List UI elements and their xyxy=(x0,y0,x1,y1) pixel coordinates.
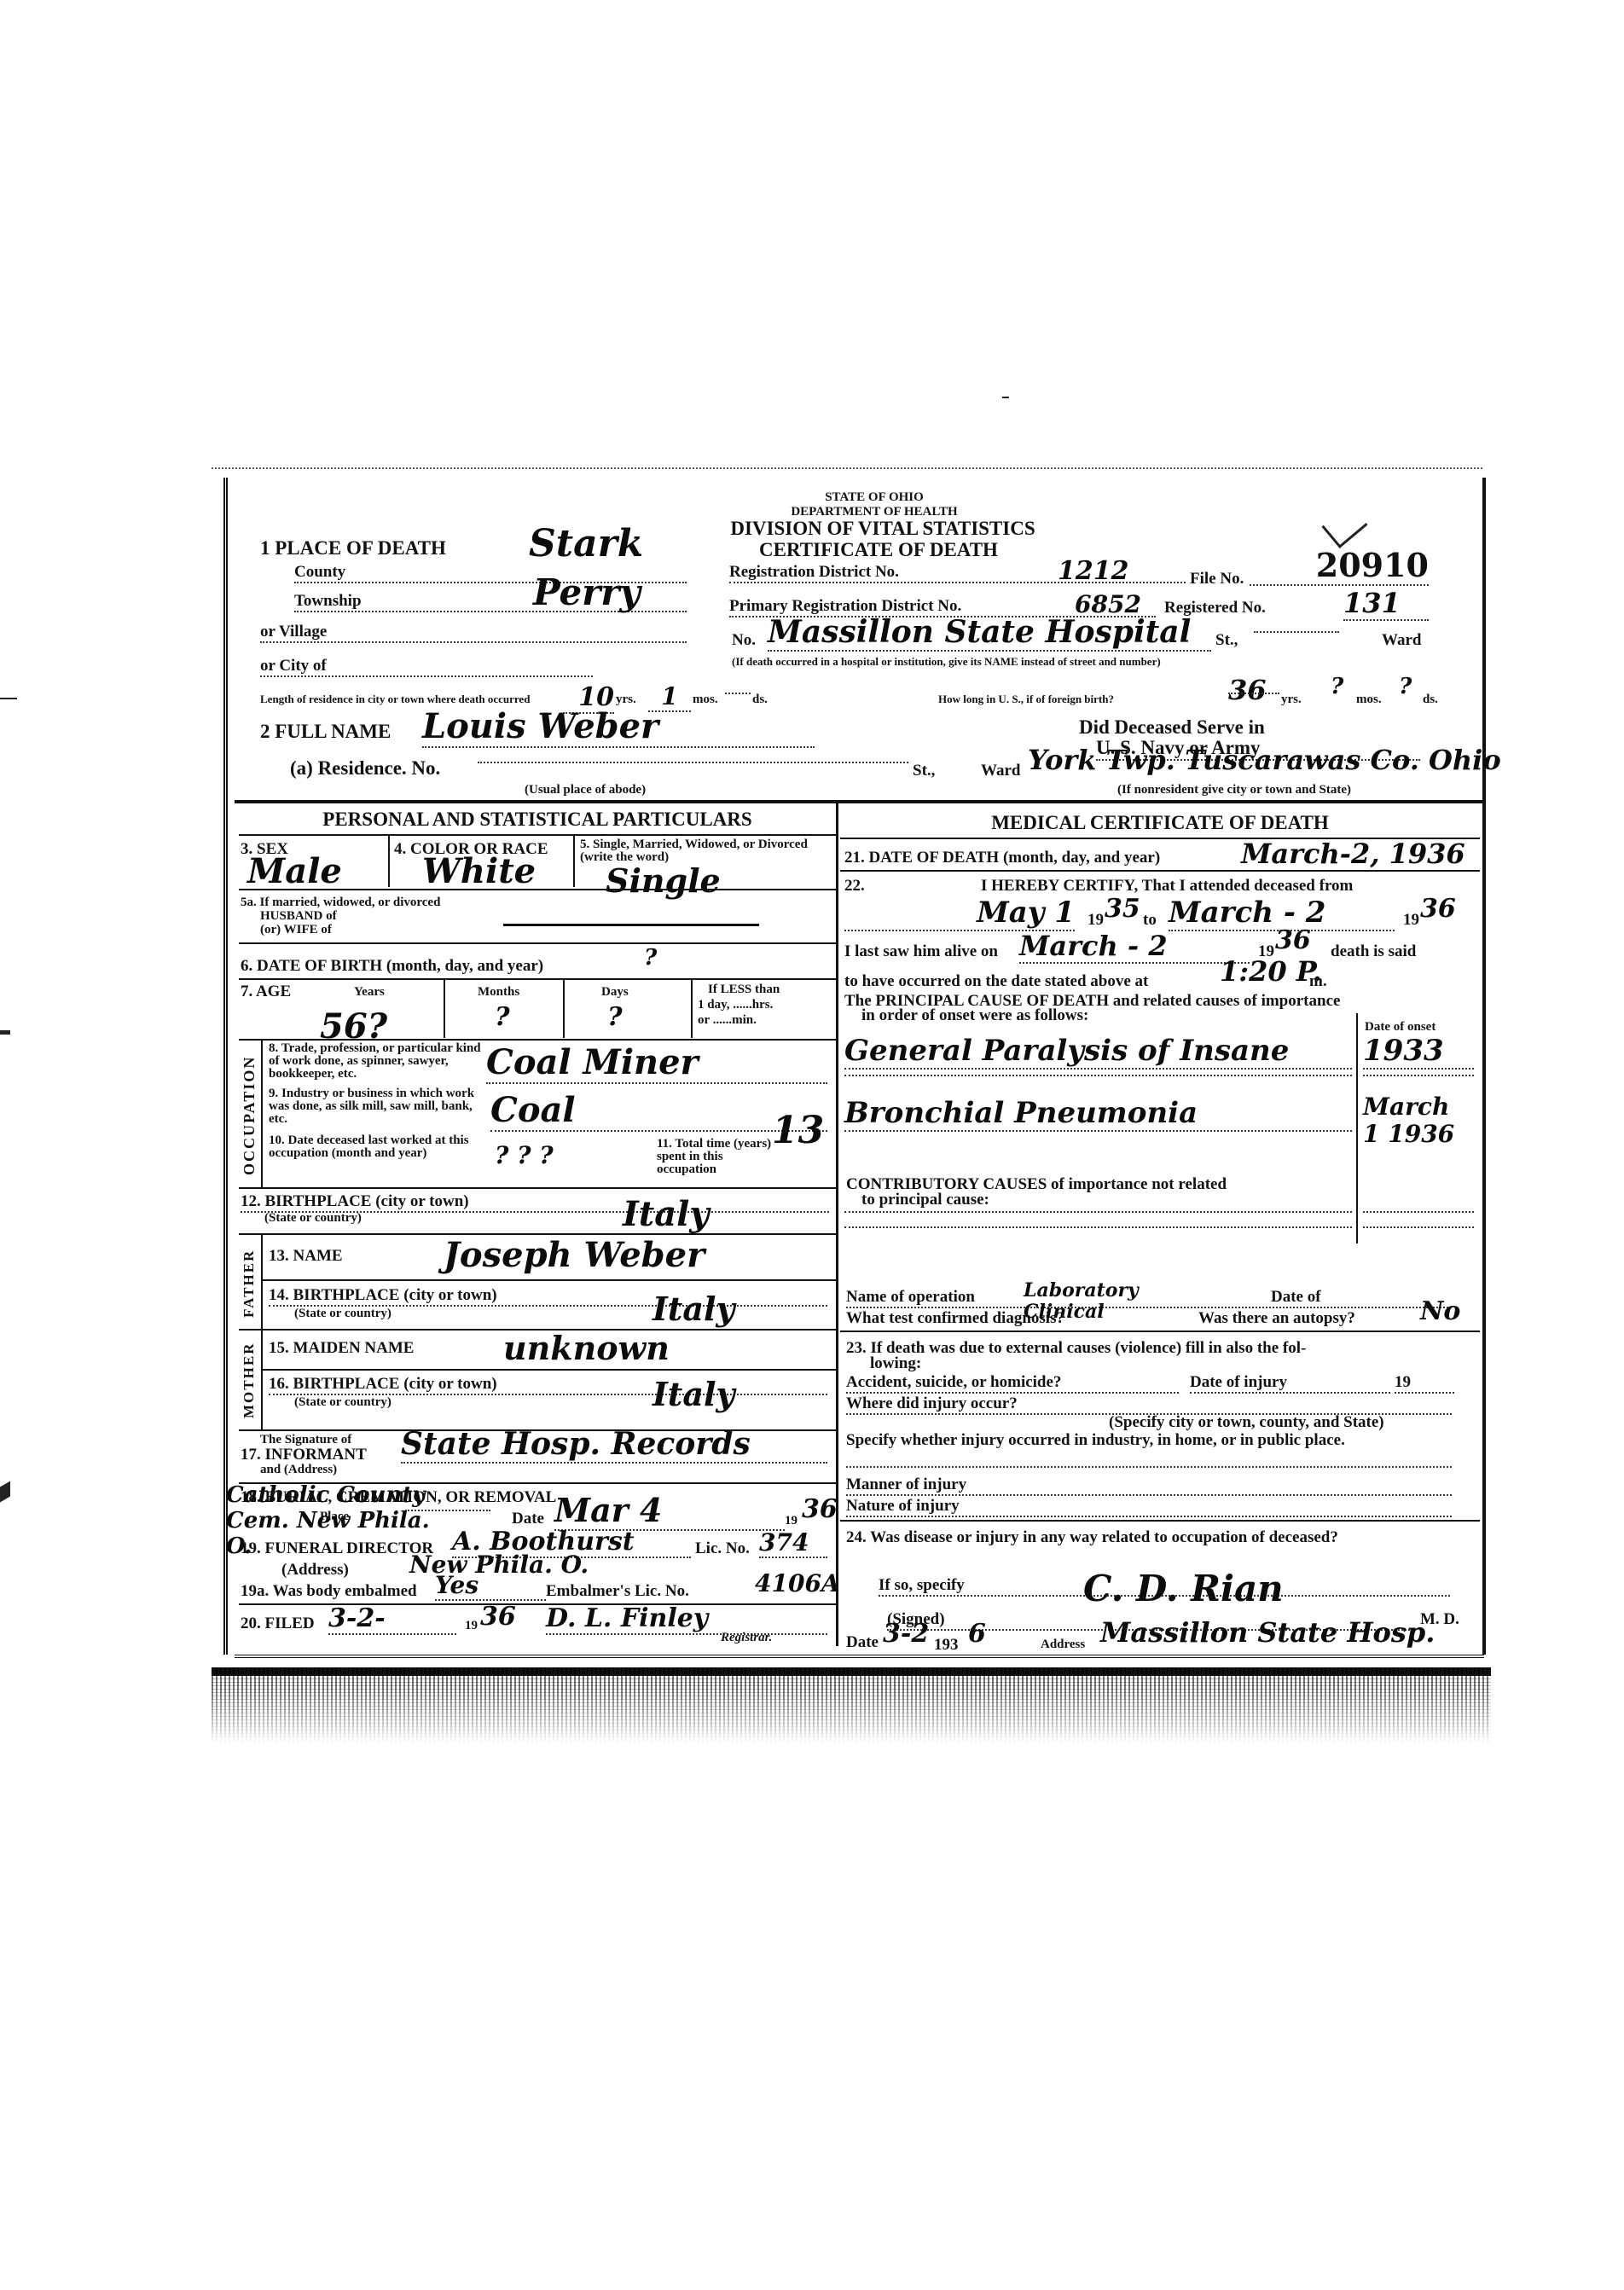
father-name-value: Joseph Weber xyxy=(444,1235,705,1275)
birthplace-sub-label: (State or country) xyxy=(264,1211,362,1226)
ds-label: ds. xyxy=(752,693,768,707)
injury-year-prefix: 19 xyxy=(1395,1373,1454,1394)
cause-2-onset: March 1 1936 xyxy=(1363,1093,1474,1148)
informant-value: State Hosp. Records xyxy=(401,1426,827,1464)
embalmer-lic-value: 4106A xyxy=(755,1569,840,1597)
us-yrs-line xyxy=(1228,693,1279,694)
physician-address-label: Address xyxy=(1041,1638,1085,1652)
dod-label: 21. DATE OF DEATH (month, day, and year) xyxy=(844,849,1160,867)
embalmed-label: 19a. Was body embalmed xyxy=(241,1582,417,1601)
cell-divider xyxy=(573,836,575,887)
scan-noise xyxy=(212,1667,1491,1744)
institution-prefix: No. xyxy=(732,631,756,650)
last-worked-value: ? ? ? xyxy=(495,1141,554,1169)
medical-section-title: MEDICAL CERTIFICATE OF DEATH xyxy=(840,812,1480,834)
funeral-lic-value: 374 xyxy=(759,1528,827,1558)
father-birthplace-sub-label: (State or country) xyxy=(294,1307,391,1321)
divider xyxy=(235,800,1482,803)
us-length-label: How long in U. S., if of foreign birth? xyxy=(938,693,1114,706)
test-value: Clinical xyxy=(1024,1301,1105,1323)
divider xyxy=(840,1331,1480,1332)
institution-note: (If death occurred in a hospital or inst… xyxy=(732,655,1161,669)
autopsy-value: No xyxy=(1420,1296,1460,1326)
filed-year-prefix: 19 xyxy=(465,1619,478,1633)
burial-place-line xyxy=(405,1510,490,1511)
onset-label: Date of onset xyxy=(1365,1020,1435,1035)
residence-ward-label: Ward xyxy=(981,762,1020,780)
to-label: to xyxy=(1143,911,1157,930)
signed-date-year-value: 6 xyxy=(968,1619,986,1649)
cell-divider xyxy=(444,980,445,1038)
spouse-dash xyxy=(503,924,759,926)
registrar-signature: D. L. Finley xyxy=(546,1603,827,1635)
bottom-border xyxy=(235,1655,1484,1658)
manner-label: Manner of injury xyxy=(846,1475,1452,1496)
operation-label: Name of operation xyxy=(846,1288,1452,1308)
village-label: or Village xyxy=(260,623,687,643)
divider xyxy=(239,942,836,944)
contributory-label-2: to principal cause: xyxy=(861,1191,989,1209)
signed-date-year-prefix: 193 xyxy=(934,1636,959,1655)
less-label-1: If LESS than xyxy=(708,983,780,997)
maiden-name-value: unknown xyxy=(503,1329,670,1367)
filed-year-value: 36 xyxy=(480,1602,516,1632)
mos-label: mos. xyxy=(693,693,718,707)
autopsy-label: Was there an autopsy? xyxy=(1198,1309,1355,1328)
residence-value: York Twp. Tuscarawas Co. Ohio xyxy=(1028,744,1501,776)
attended-from-value: May 1 xyxy=(844,896,1075,931)
divider xyxy=(263,1279,836,1281)
marital-label: 5. Single, Married, Widowed, or Divorced… xyxy=(580,838,836,864)
days-value: ? xyxy=(607,1002,623,1032)
divider xyxy=(239,978,836,980)
onset-column-divider xyxy=(1356,1013,1358,1244)
last-worked-label: 10. Date deceased last worked at this oc… xyxy=(269,1134,486,1160)
dod-value: March-2, 1936 xyxy=(1241,838,1465,870)
maiden-name-label: 15. MAIDEN NAME xyxy=(269,1339,414,1358)
embalmer-lic-label: Embalmer's Lic. No. xyxy=(546,1582,689,1601)
time-suffix: m. xyxy=(1309,972,1327,991)
page-mark xyxy=(0,698,17,699)
years-label: Years xyxy=(354,985,385,1000)
contributory-onset-line-1 xyxy=(1363,1211,1474,1213)
age-label: 7. AGE xyxy=(241,983,291,1001)
yrs-label: yrs. xyxy=(616,693,636,707)
cause-1-value: General Paralysis of Insane xyxy=(844,1034,1352,1070)
specify-label: Specify whether injury occurred in indus… xyxy=(846,1431,1345,1450)
sex-value: Male xyxy=(247,851,342,891)
father-birthplace-value: Italy xyxy=(652,1290,734,1328)
cause-1-onset: 1933 xyxy=(1363,1034,1474,1070)
page-mark xyxy=(0,1030,10,1035)
funeral-address-label: (Address) xyxy=(281,1561,349,1580)
industry-label: 9. Industry or business in which work wa… xyxy=(269,1087,486,1126)
occupation-related-label: 24. Was disease or injury in any way rel… xyxy=(846,1528,1338,1547)
informant-label-2: 17. INFORMANT xyxy=(241,1446,367,1464)
spouse-label-3: (or) WIFE of xyxy=(260,923,332,937)
us-yrs-label: yrs. xyxy=(1281,693,1302,707)
last-saw-year-value: 36 xyxy=(1275,925,1311,955)
county-value: Stark xyxy=(529,522,643,565)
burial-date-label: Date xyxy=(512,1510,544,1528)
dob-value: ? xyxy=(644,945,657,971)
signed-date-label: Date xyxy=(846,1633,879,1652)
injury-date-label: Date of injury xyxy=(1190,1373,1390,1394)
months-label: Months xyxy=(478,985,519,1000)
place-of-death-label: 1 PLACE OF DEATH xyxy=(260,537,446,559)
less-label-3: or ......min. xyxy=(698,1013,757,1028)
divider xyxy=(263,1369,836,1371)
where-label: Where did injury occur? xyxy=(846,1394,1452,1415)
cause-2-value: Bronchial Pneumonia xyxy=(844,1096,1352,1132)
last-saw-label: I last saw him alive on xyxy=(844,942,998,961)
trade-value: Coal Miner xyxy=(486,1042,827,1084)
funeral-lic-label: Lic. No. xyxy=(695,1539,750,1558)
father-name-label: 13. NAME xyxy=(269,1247,343,1266)
cell-divider xyxy=(388,836,390,887)
personal-section-title: PERSONAL AND STATISTICAL PARTICULARS xyxy=(239,809,836,831)
occurred-label: to have occurred on the date stated abov… xyxy=(844,972,1148,991)
nonresident-note: (If nonresident give city or town and St… xyxy=(1117,783,1351,797)
page-mark xyxy=(0,1481,10,1503)
registrar-label: Registrar. xyxy=(721,1631,772,1645)
cell-divider xyxy=(261,1235,263,1431)
contributory-line-2 xyxy=(844,1226,1352,1228)
us-yrs: 36 xyxy=(1228,674,1267,706)
funeral-director-label: 19. FUNERAL DIRECTOR xyxy=(241,1539,433,1558)
mother-birthplace-label: 16. BIRTHPLACE (city or town) xyxy=(269,1375,827,1395)
total-time-value: 13 xyxy=(772,1109,824,1152)
spouse-label-2: HUSBAND of xyxy=(260,909,337,924)
race-value: White xyxy=(422,851,536,891)
physician-address-value: Massillon State Hosp. xyxy=(1100,1616,1435,1649)
divider xyxy=(840,870,1480,872)
trade-label: 8. Trade, profession, or particular kind… xyxy=(269,1042,486,1081)
full-name-value: Louis Weber xyxy=(422,706,815,748)
us-ds: ? xyxy=(1399,674,1412,699)
divider xyxy=(239,1187,836,1189)
filed-label: 20. FILED xyxy=(241,1615,315,1633)
where-note: (Specify city or town, county, and State… xyxy=(1109,1413,1384,1432)
filed-date-value: 3-2- xyxy=(328,1603,456,1635)
mother-birthplace-sub-label: (State or country) xyxy=(294,1395,391,1410)
page-mark xyxy=(1002,397,1009,398)
burial-date-value: Mar 4 xyxy=(554,1491,785,1531)
residence-number-line xyxy=(478,762,908,763)
father-side-label: FATHER xyxy=(241,1237,258,1331)
operation-date-label: Date of xyxy=(1271,1288,1321,1307)
institution-value: Massillon State Hospital xyxy=(768,614,1211,652)
city-label: or City of xyxy=(260,657,593,677)
accident-label: Accident, suicide, or homicide? xyxy=(846,1373,1179,1394)
registered-no-value: 131 xyxy=(1343,587,1429,621)
abode-note: (Usual place of abode) xyxy=(525,783,646,797)
embalmed-value: Yes xyxy=(435,1571,546,1601)
contributory-line-1 xyxy=(844,1211,1352,1213)
divider xyxy=(239,889,836,890)
township-value: Perry xyxy=(533,571,641,613)
certify-text: I HEREBY CERTIFY, That I attended deceas… xyxy=(981,877,1353,896)
marital-value: Single xyxy=(606,861,721,900)
birthplace-value: Italy xyxy=(623,1194,710,1234)
ward-label: Ward xyxy=(1382,631,1421,650)
divider xyxy=(239,834,836,836)
cell-divider xyxy=(261,1041,263,1187)
top-border xyxy=(212,467,1482,469)
to-year-prefix: 19 xyxy=(1403,911,1419,930)
informant-label-3: and (Address) xyxy=(260,1463,337,1477)
operation-value: Laboratory xyxy=(1024,1279,1139,1302)
burial-year-prefix: 19 xyxy=(785,1514,797,1528)
divider xyxy=(239,1039,836,1041)
cell-divider xyxy=(563,980,565,1038)
total-time-label: 11. Total time (years) spent in this occ… xyxy=(657,1138,776,1176)
us-mos: ? xyxy=(1331,674,1343,699)
days-label: Days xyxy=(601,985,629,1000)
time-value: 1:20 P. xyxy=(1220,955,1322,988)
father-birthplace-label: 14. BIRTHPLACE (city or town) xyxy=(269,1286,827,1307)
to-year-value: 36 xyxy=(1420,894,1456,924)
burial-year-value: 36 xyxy=(802,1494,838,1524)
death-said-label: death is said xyxy=(1331,942,1416,961)
dob-label: 6. DATE OF BIRTH (month, day, and year) xyxy=(241,957,543,976)
state-heading: STATE OF OHIO xyxy=(772,490,977,505)
residence-length-label: Length of residence in city or town wher… xyxy=(260,693,530,706)
less-label-2: 1 day, ......hrs. xyxy=(698,998,773,1012)
file-no-label: File No. xyxy=(1190,570,1244,588)
cause-label-2: in order of onset were as follows: xyxy=(861,1006,1088,1025)
military-label-1: Did Deceased Serve in xyxy=(1079,716,1265,739)
last-saw-value: March - 2 xyxy=(1019,930,1250,964)
specify-line xyxy=(846,1454,1452,1468)
physician-signature: C. D. Rian xyxy=(1083,1568,1284,1609)
certify-number: 22. xyxy=(844,877,865,896)
division-heading: DIVISION OF VITAL STATISTICS xyxy=(691,518,1075,540)
mother-birthplace-value: Italy xyxy=(652,1375,734,1413)
from-year-value: 35 xyxy=(1105,894,1140,924)
from-year-prefix: 19 xyxy=(1087,911,1104,930)
residence-ds xyxy=(725,693,751,694)
residence-st-label: St., xyxy=(913,762,935,780)
occupation-side-label: OCCUPATION xyxy=(241,1045,258,1186)
us-mos-label: mos. xyxy=(1356,693,1382,707)
birthplace-label: 12. BIRTHPLACE (city or town) xyxy=(241,1192,829,1213)
cell-divider xyxy=(691,980,693,1038)
months-value: ? xyxy=(495,1002,510,1032)
residence-label: (a) Residence. No. xyxy=(290,757,440,780)
mother-side-label: MOTHER xyxy=(241,1332,258,1428)
reg-district-value: 1212 xyxy=(1058,556,1129,586)
external-label-2: lowing: xyxy=(870,1354,921,1373)
signed-date-value: 3-2 xyxy=(883,1619,929,1649)
divider xyxy=(840,1520,1480,1522)
nature-label: Nature of injury xyxy=(846,1497,1452,1517)
ward-blank xyxy=(1254,631,1339,633)
onset-blank-line xyxy=(1363,1075,1474,1076)
street-label: St., xyxy=(1215,631,1238,650)
cause-blank-line xyxy=(844,1075,1352,1076)
contributory-onset-line-2 xyxy=(1363,1226,1474,1228)
certificate-title: CERTIFICATE OF DEATH xyxy=(716,539,1041,561)
spouse-label-1: 5a. If married, widowed, or divorced xyxy=(241,896,440,910)
us-ds-label: ds. xyxy=(1423,693,1438,707)
file-no-value: 20910 xyxy=(1250,546,1429,586)
full-name-label: 2 FULL NAME xyxy=(260,721,391,743)
